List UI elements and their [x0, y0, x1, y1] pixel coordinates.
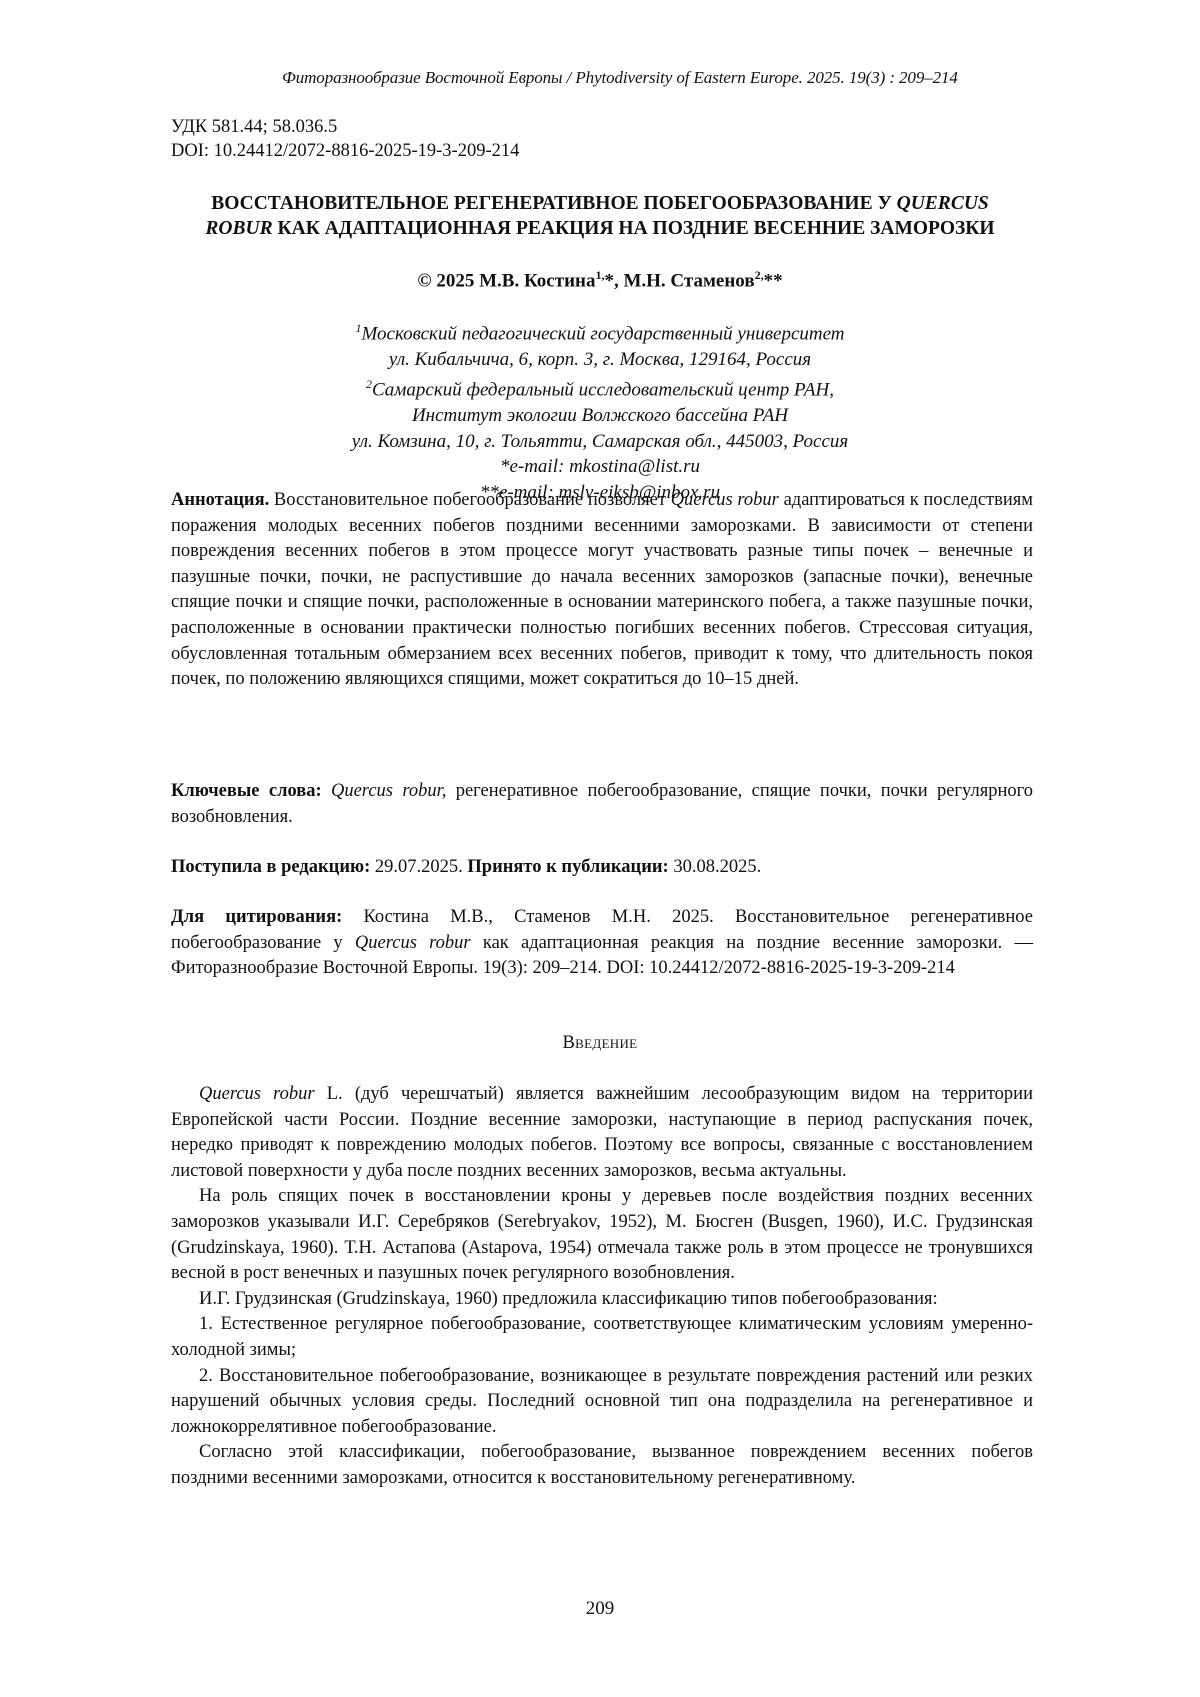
abstract: Аннотация. Восстановительное побегообраз…	[171, 488, 1033, 693]
accepted-label: Принято к публикации:	[467, 857, 668, 877]
intro-paragraph-3: И.Г. Грудзинская (Grudzinskaya, 1960) пр…	[171, 1287, 1033, 1313]
affiliation-line: ул. Комзина, 10, г. Тольятти, Самарская …	[160, 429, 1040, 455]
udc-code: УДК 581.44; 58.036.5	[171, 115, 519, 139]
affiliation-text: Московский педагогический государственны…	[361, 323, 844, 344]
intro-paragraph-2: На роль спящих почек в восстановлении кр…	[171, 1184, 1033, 1286]
doi: DOI: 10.24412/2072-8816-2025-19-3-209-21…	[171, 139, 519, 163]
publication-dates: Поступила в редакцию: 29.07.2025. Принят…	[171, 855, 1033, 881]
affiliation-text: ул. Кибальчича, 6, корп. 3, г. Москва, 1…	[389, 349, 811, 370]
affiliation-line: ул. Кибальчича, 6, корп. 3, г. Москва, 1…	[160, 347, 1040, 373]
affiliation-line: 1Московский педагогический государственн…	[160, 316, 1040, 347]
keywords-label: Ключевые слова:	[171, 781, 322, 801]
title-text: Восстановительное регенеративное побегоо…	[211, 193, 896, 214]
authors-line: © 2025 М.В. Костина1,*, М.Н. Стаменов2,*…	[160, 268, 1040, 292]
introduction-body: Quercus robur L. (дуб черешчатый) являет…	[171, 1082, 1033, 1492]
affiliation-text: *e-mail: mkostina@list.ru	[500, 456, 700, 477]
intro-paragraph-1: Quercus robur L. (дуб черешчатый) являет…	[171, 1082, 1033, 1184]
title-species-genus: Quercus	[897, 193, 989, 214]
abstract-text: Восстановительное побегообразование позв…	[269, 490, 670, 510]
citation-label: Для цитирования:	[171, 907, 342, 927]
running-header: Фиторазнообразие Восточной Европы / Phyt…	[0, 68, 1200, 88]
intro-list-item-1: 1. Естественное регулярное побегообразов…	[171, 1312, 1033, 1363]
keywords: Ключевые слова: Quercus robur, регенерат…	[171, 779, 1033, 830]
author-2-email-mark: **	[764, 270, 783, 291]
article-meta: УДК 581.44; 58.036.5 DOI: 10.24412/2072-…	[171, 115, 519, 163]
citation: Для цитирования: Костина М.В., Стаменов …	[171, 905, 1033, 982]
affiliation-text: Самарский федеральный исследовательский …	[372, 380, 834, 401]
article-title: Восстановительное регенеративное побегоо…	[160, 191, 1040, 241]
author-1: © 2025 М.В. Костина	[417, 270, 595, 291]
citation-species: Quercus robur	[355, 933, 471, 953]
affiliation-text: ул. Комзина, 10, г. Тольятти, Самарская …	[352, 431, 848, 452]
author-2-affiliation-mark: 2,	[755, 268, 764, 282]
intro-paragraph-4: Согласно этой классификации, побегообраз…	[171, 1440, 1033, 1491]
affiliation-text: Институт экологии Волжского бассейна РАН	[412, 405, 788, 426]
abstract-species: Quercus robur	[671, 490, 779, 510]
author-2: *, М.Н. Стаменов	[604, 270, 754, 291]
title-species-epithet: robur	[205, 218, 272, 239]
section-heading-introduction: Введение	[160, 1033, 1040, 1054]
affiliations: 1Московский педагогический государственн…	[160, 316, 1040, 505]
page-number: 209	[0, 1598, 1200, 1620]
intro-species: Quercus robur	[199, 1084, 315, 1104]
title-text-rest: как адаптационная реакция на поздние вес…	[273, 218, 995, 239]
affiliation-line: 2Самарский федеральный исследовательский…	[160, 372, 1040, 403]
abstract-text-continued: адаптироваться к последствиям поражения …	[171, 490, 1033, 689]
received-label: Поступила в редакцию:	[171, 857, 370, 877]
received-date: 29.07.2025.	[370, 857, 467, 877]
intro-list-item-2: 2. Восстановительное побегообразование, …	[171, 1364, 1033, 1441]
affiliation-line: Институт экологии Волжского бассейна РАН	[160, 403, 1040, 429]
affiliation-line: *e-mail: mkostina@list.ru	[160, 454, 1040, 480]
keywords-species: Quercus robur,	[331, 781, 446, 801]
abstract-label: Аннотация.	[171, 490, 269, 510]
accepted-date: 30.08.2025.	[669, 857, 762, 877]
document-page: Фиторазнообразие Восточной Европы / Phyt…	[0, 0, 1200, 1697]
